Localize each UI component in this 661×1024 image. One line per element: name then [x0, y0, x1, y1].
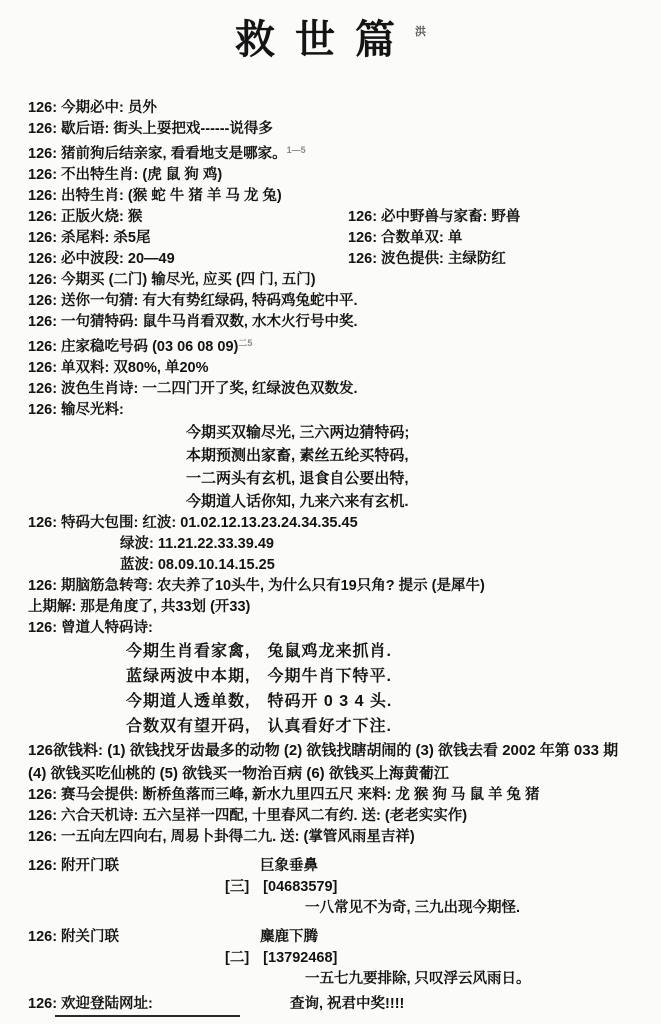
scan-artifact: 二5 [238, 338, 252, 348]
couplet-numbers-row: [三][04683579] [0, 877, 661, 898]
line-text: 126: 赛马会提供: 断桥鱼落而三峰, 新水九里四五尺 来料: 龙 猴 狗 马… [28, 787, 540, 803]
couplet-numbers-row: [二][13792468] [0, 948, 661, 969]
doc-paragraph-wanted-money-clues: 126欲钱料: (1) 欲钱找牙齿最多的动物 (2) 欲钱找瞎胡闹的 (3) 欲… [0, 739, 661, 785]
poem2-line: 蓝绿两波中本期, 今期牛肖下特平. [0, 664, 661, 689]
col-right-color-wave: 126: 波色提供: 主绿防红 [348, 249, 661, 270]
website-wish-text: 查询, 祝君中奖!!!! [290, 994, 404, 1015]
doc-line-wave-zodiac-poem: 126: 波色生肖诗: 一二四门开了奖, 红绿波色双数发. [0, 379, 661, 400]
col-left-fire-burn: 126: 正版火烧: 猴 [28, 207, 348, 228]
line-text: 126: 歇后语: 街头上耍把戏------说得多 [28, 121, 273, 137]
verse-text: 一五七九要排除, 只叹浮云风雨日。 [305, 971, 531, 987]
doc-line-brain-teaser: 126: 期脑筋急转弯: 农夫养了10头牛, 为什么只有19只角? 提示 (是犀… [0, 576, 661, 597]
poem1-line: 今期买双输尽光, 三六两边猜特码; [0, 421, 661, 444]
website-label: 126: 欢迎登陆网址: [28, 994, 290, 1015]
doc-line-xiehouyu: 126: 歇后语: 街头上耍把戏------说得多 [0, 119, 661, 140]
poem-text: 今期生肖看家禽, 兔鼠鸡龙来抓肖. [126, 643, 392, 660]
title-block: 救世篇洪 [0, 0, 661, 66]
couplet-verse: 一八常见不为奇, 三九出现今期怪. [0, 898, 661, 919]
couplet-head: 126: 附开门联 巨象垂鼻 [0, 856, 661, 877]
poem2-line: 合数双有望开码, 认真看好才下注. [0, 714, 661, 739]
doc-line-tianji-poem: 126: 六合天机诗: 五六呈祥一四配, 十里春风二有约. 送: (老老实实作) [0, 806, 661, 827]
line-text: 绿波: 11.21.22.33.39.49 [120, 536, 274, 552]
poem2-line: 今期道人透单数, 特码开 0 3 4 头. [0, 689, 661, 714]
doc-line-special-zodiac: 126: 出特生肖: (猴 蛇 牛 猪 羊 马 龙 兔) [0, 186, 661, 207]
website-welcome-row: 126: 欢迎登陆网址: 查询, 祝君中奖!!!! [0, 994, 661, 1015]
doc-line-red-wave-numbers: 126: 特码大包围: 红波: 01.02.12.13.23.24.34.35.… [0, 513, 661, 534]
page-title-text: 救世篇 [235, 17, 415, 62]
col-right-beast-or-livestock: 126: 必中野兽与家畜: 野兽 [348, 207, 661, 228]
col-left-kill-tail: 126: 杀尾料: 杀5尾 [28, 228, 348, 249]
verse-text: 一八常见不为奇, 三九出现今期怪. [305, 900, 520, 916]
col-left-number-band: 126: 必中波段: 20—49 [28, 249, 348, 270]
bottom-horizontal-rule [55, 1015, 240, 1017]
doc-line-banker-numbers: 126: 庄家稳吃号码 (03 06 08 09)二5 [0, 333, 661, 358]
col-right-sum-odd-even: 126: 合数单双: 单 [348, 228, 661, 249]
line-text: 126: 一句猜特码: 鼠牛马肖看双数, 水木火行号中奖. [28, 314, 358, 330]
doc-line-blue-wave-numbers: 蓝波: 08.09.10.14.15.25 [0, 555, 661, 576]
doc-line-special-code-hint: 126: 一句猜特码: 鼠牛马肖看双数, 水木火行号中奖. [0, 312, 661, 333]
doc-two-col-row: 126: 杀尾料: 杀5尾 126: 合数单双: 单 [0, 228, 661, 249]
poem1-line: 本期预测出家畜, 素丝五纶买特码, [0, 444, 661, 467]
doc-two-col-row: 126: 必中波段: 20—49 126: 波色提供: 主绿防红 [0, 249, 661, 270]
doc-line-odd-even-ratio: 126: 单双料: 双80%, 单20% [0, 358, 661, 379]
poem-text: 一二两头有玄机, 退食自公要出特, [186, 470, 409, 487]
line-text: 126: 六合天机诗: 五六呈祥一四配, 十里春风二有约. 送: (老老实实作) [28, 808, 467, 824]
line-text: 126: 输尽光料: [28, 402, 124, 418]
poem-text: 今期道人话你知, 九来六来有玄机. [186, 493, 409, 510]
doc-line-must-hit: 126: 今期必中: 员外 [0, 98, 661, 119]
doc-line-green-wave-numbers: 绿波: 11.21.22.33.39.49 [0, 534, 661, 555]
scan-artifact: 1—5 [287, 145, 306, 155]
scanned-document-page: 救世篇洪 126: 今期必中: 员外 126: 歇后语: 街头上耍把戏-----… [0, 0, 661, 1024]
line-text: 上期解: 那是角度了, 共33划 (开33) [28, 599, 250, 615]
opening-door-couplet-section: 126: 附开门联 巨象垂鼻 [三][04683579] 一八常见不为奇, 三九… [0, 856, 661, 919]
line-text: 126: 期脑筋急转弯: 农夫养了10头牛, 为什么只有19只角? 提示 (是犀… [28, 578, 485, 594]
line-text: 蓝波: 08.09.10.14.15.25 [120, 557, 275, 573]
line-text: 126: 出特生肖: (猴 蛇 牛 猪 羊 马 龙 兔) [28, 188, 282, 204]
line-text: 126: 不出特生肖: (虎 鼠 狗 鸡) [28, 167, 222, 183]
line-text: 126: 庄家稳吃号码 (03 06 08 09) [28, 339, 238, 355]
line-text: 126: 猪前狗后结亲家, 看看地支是哪家。 [28, 146, 287, 162]
poem-text: 蓝绿两波中本期, 今期牛肖下特平. [126, 668, 392, 685]
couplet-number-set: [04683579] [263, 879, 337, 895]
poem-text: 本期预测出家畜, 素丝五纶买特码, [186, 447, 409, 464]
line-text: 126: 曾道人特码诗: [28, 620, 153, 636]
couplet-number-set: [13792468] [263, 950, 337, 966]
paragraph-text: 126欲钱料: (1) 欲钱找牙齿最多的动物 (2) 欲钱找瞎胡闹的 (3) 欲… [28, 742, 618, 782]
doc-line-doors-to-buy: 126: 今期买 (二门) 输尽光, 应买 (四 门, 五门) [0, 270, 661, 291]
poem-text: 合数双有望开码, 认真看好才下注. [126, 718, 392, 735]
line-text: 126: 今期必中: 员外 [28, 100, 157, 116]
couplet-bracket: [三] [225, 879, 249, 895]
poem2-line: 今期生肖看家禽, 兔鼠鸡龙来抓肖. [0, 639, 661, 664]
closing-door-couplet-section: 126: 附关门联 麋鹿下腾 [二][13792468] 一五七九要排除, 只叹… [0, 927, 661, 990]
line-text: 126: 今期买 (二门) 输尽光, 应买 (四 门, 五门) [28, 272, 316, 288]
line-text: 126: 波色生肖诗: 一二四门开了奖, 红绿波色双数发. [28, 381, 358, 397]
doc-line-excluded-zodiac: 126: 不出特生肖: (虎 鼠 狗 鸡) [0, 165, 661, 186]
page-title: 救世篇洪 [235, 8, 426, 65]
couplet-headline: 麋鹿下腾 [260, 927, 318, 948]
line-text: 126: 一五向左四向右, 周易卜卦得二九. 送: (掌管风雨星吉祥) [28, 829, 415, 845]
doc-line-one-sentence-hint: 126: 送你一句猜: 有大有势红绿码, 特码鸡兔蛇中平. [0, 291, 661, 312]
line-text: 126: 特码大包围: 红波: 01.02.12.13.23.24.34.35.… [28, 515, 358, 531]
doc-line-last-issue-answer: 上期解: 那是角度了, 共33划 (开33) [0, 597, 661, 618]
line-text: 126: 送你一句猜: 有大有势红绿码, 特码鸡兔蛇中平. [28, 293, 358, 309]
doc-line-jockey-club: 126: 赛马会提供: 断桥鱼落而三峰, 新水九里四五尺 来料: 龙 猴 狗 马… [0, 785, 661, 806]
poem1-line: 一二两头有玄机, 退食自公要出特, [0, 467, 661, 490]
title-annotation-mark: 洪 [415, 26, 426, 38]
couplet-label: 126: 附开门联 [28, 856, 260, 877]
doc-line-zengdaoren-header: 126: 曾道人特码诗: [0, 618, 661, 639]
couplet-label: 126: 附关门联 [28, 927, 260, 948]
doc-line-zodiac-riddle: 126: 猪前狗后结亲家, 看看地支是哪家。1—5 [0, 140, 661, 165]
couplet-verse: 一五七九要排除, 只叹浮云风雨日。 [0, 969, 661, 990]
couplet-headline: 巨象垂鼻 [260, 856, 318, 877]
poem-text: 今期道人透单数, 特码开 0 3 4 头. [126, 693, 392, 710]
doc-line-shujinguang-header: 126: 输尽光料: [0, 400, 661, 421]
doc-two-col-row: 126: 正版火烧: 猴 126: 必中野兽与家畜: 野兽 [0, 207, 661, 228]
poem1-line: 今期道人话你知, 九来六来有玄机. [0, 490, 661, 513]
couplet-head: 126: 附关门联 麋鹿下腾 [0, 927, 661, 948]
poem-text: 今期买双输尽光, 三六两边猜特码; [186, 424, 409, 441]
doc-line-zhouyi-divination: 126: 一五向左四向右, 周易卜卦得二九. 送: (掌管风雨星吉祥) [0, 827, 661, 848]
couplet-bracket: [二] [225, 950, 249, 966]
line-text: 126: 单双料: 双80%, 单20% [28, 360, 209, 376]
